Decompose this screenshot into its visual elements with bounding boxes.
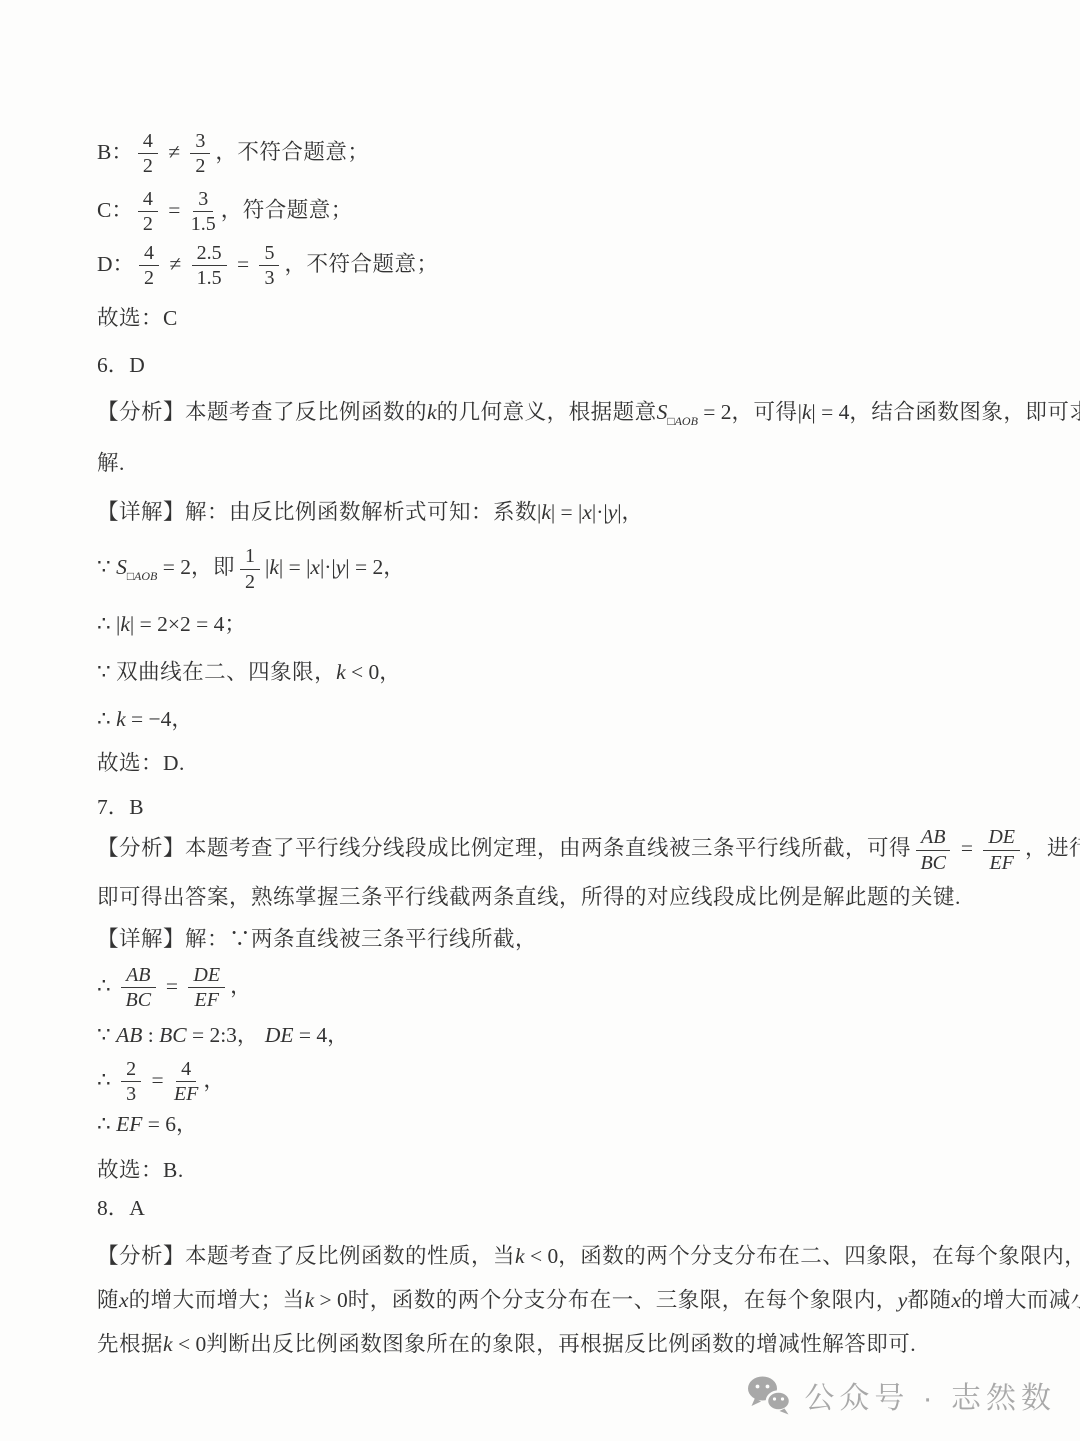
- text-run: ∴: [97, 974, 116, 998]
- text-run: 8．A: [97, 1196, 145, 1220]
- math-run: BC: [159, 1023, 186, 1047]
- text-run: 随: [97, 1288, 119, 1312]
- q7-answer: 7．B: [97, 794, 1027, 820]
- fraction: 31.5: [191, 188, 216, 236]
- fraction: 4EF: [174, 1058, 198, 1106]
- text-run: < 0: [525, 1244, 559, 1268]
- text-run: :: [142, 1023, 159, 1047]
- fraction: 42: [139, 242, 159, 290]
- text-run: |·|: [592, 500, 608, 524]
- text-run: ，: [203, 1068, 225, 1092]
- text-run: ，: [176, 1112, 198, 1136]
- math-run: k: [163, 1332, 173, 1356]
- text-run: | = 2: [345, 555, 383, 579]
- text-run: 解.: [97, 451, 125, 475]
- q6-solution-line1: 【详解】解：由反比例函数解析式可知：系数|k| = |x|·|y|，: [97, 499, 1027, 525]
- fraction: DEEF: [188, 964, 225, 1012]
- text-run: ，: [230, 974, 252, 998]
- q6-solution-line2: ∵ S□AOB = 2，即12|k| = |x|·|y| = 2，: [97, 545, 1027, 593]
- text-run: ∴ |: [97, 612, 120, 636]
- watermark-text: 公众号 · 志然数: [804, 1373, 1056, 1417]
- text-run: 【分析】本题考查了反比例函数的性质，当: [97, 1244, 515, 1268]
- text-run: ∵: [97, 1023, 116, 1047]
- math-run: y: [608, 500, 618, 524]
- math-run: x: [582, 500, 592, 524]
- text-run: > 0: [314, 1288, 348, 1312]
- q8-analysis-line3: 先根据k < 0判断出反比例函数图象所在的象限，再根据反比例函数的增减性解答即可…: [97, 1331, 1027, 1357]
- q7-solution-line4: ∴ 23 = 4EF，: [97, 1058, 1027, 1106]
- text-run: 判断出反比例函数图象所在的象限，再根据反比例函数的增减性解答即可.: [206, 1332, 916, 1356]
- document-page: B：42 ≠ 32，不符合题意； C：42 = 31.5，符合题意； D：42 …: [0, 0, 1080, 1441]
- math-run: AB: [116, 1023, 142, 1047]
- text-run: 7．B: [97, 795, 144, 819]
- fraction: DEEF: [983, 826, 1020, 874]
- fraction: 12: [240, 545, 260, 593]
- math-run: DE: [265, 1023, 294, 1047]
- text-run: ，不符合题意；: [284, 251, 438, 275]
- math-run: S: [116, 555, 127, 579]
- q7-solution-line3: ∵ AB : BC = 2:3， DE = 4，: [97, 1022, 1027, 1048]
- math-run: y: [336, 555, 346, 579]
- q8-analysis-line1: 【分析】本题考查了反比例函数的性质，当k < 0，函数的两个分支分布在二、四象限…: [97, 1243, 1027, 1269]
- text-run: 【详解】解：由反比例函数解析式可知：系数: [97, 500, 537, 524]
- text-run: ，进行计算: [1025, 836, 1080, 860]
- fraction: ABBC: [121, 964, 155, 1012]
- math-run: k: [802, 400, 812, 424]
- math-run: k: [120, 612, 130, 636]
- text-run: ，: [327, 1023, 349, 1047]
- text-run: 的增大而减小.: [961, 1288, 1080, 1312]
- subscript: □AOB: [667, 414, 698, 428]
- text-run: D：: [97, 251, 134, 275]
- q7-solution-line2: ∴ ABBC = DEEF，: [97, 964, 1027, 1012]
- text-run: ∴: [97, 1112, 116, 1136]
- text-run: ，: [379, 660, 401, 684]
- text-run: = 2: [698, 400, 732, 424]
- text-run: 故选：B.: [97, 1158, 184, 1182]
- text-run: 即可得出答案，熟练掌握三条平行线截两条直线，所得的对应线段成比例是解此题的关键.: [97, 885, 961, 909]
- math-run: k: [336, 660, 346, 684]
- text-run: =: [161, 974, 184, 998]
- math-run: S: [657, 400, 668, 424]
- text-run: 【分析】本题考查了反比例函数的: [97, 400, 427, 424]
- text-run: ，即: [191, 555, 235, 579]
- q7-analysis-line1: 【分析】本题考查了平行线分线段成比例定理，由两条直线被三条平行线所截，可得ABB…: [97, 826, 1027, 874]
- text-run: C：: [97, 198, 133, 222]
- text-run: ，不符合题意；: [215, 140, 369, 164]
- fraction: 23: [121, 1058, 141, 1106]
- q6-solution-line5: ∴ k = −4，: [97, 706, 1027, 732]
- text-run: ∴: [97, 1068, 116, 1092]
- q6-solution-line3: ∴ |k| = 2×2 = 4；: [97, 611, 1027, 637]
- text-run: =: [955, 836, 978, 860]
- fraction: 2.51.5: [192, 242, 227, 290]
- text-run: | = |: [279, 555, 310, 579]
- solutions-text-block: B：42 ≠ 32，不符合题意； C：42 = 31.5，符合题意； D：42 …: [97, 130, 1027, 1357]
- math-run: k: [305, 1288, 315, 1312]
- fraction: 32: [190, 130, 210, 178]
- text-run: ∴: [97, 707, 116, 731]
- text-run: | = 2×2 = 4: [130, 612, 224, 636]
- math-run: y: [898, 1288, 908, 1312]
- text-run: 6．D: [97, 353, 145, 377]
- fraction: ABBC: [916, 826, 950, 874]
- option-c-check: C：42 = 31.5，符合题意；: [97, 188, 1027, 236]
- q7-analysis-line2: 即可得出答案，熟练掌握三条平行线截两条直线，所得的对应线段成比例是解此题的关键.: [97, 884, 1027, 910]
- text-run: =: [232, 251, 255, 275]
- text-run: |·|: [320, 555, 336, 579]
- math-run: k: [427, 400, 437, 424]
- text-run: 时，函数的两个分支分布在一、三象限，在每个象限内，: [348, 1288, 898, 1312]
- text-run: 【分析】本题考查了平行线分线段成比例定理，由两条直线被三条平行线所截，可得: [97, 836, 911, 860]
- math-run: k: [116, 707, 126, 731]
- text-run: ∵: [97, 555, 116, 579]
- text-run: = 2: [157, 555, 191, 579]
- text-run: = 6: [142, 1112, 176, 1136]
- text-run: < 0: [173, 1332, 207, 1356]
- text-run: 故选：C: [97, 306, 178, 330]
- q7-final-answer: 故选：B.: [97, 1157, 1027, 1183]
- option-d-check: D：42 ≠ 2.51.5 = 53，不符合题意；: [97, 242, 1027, 290]
- math-run: x: [119, 1288, 129, 1312]
- math-run: k: [541, 500, 551, 524]
- text-run: 双曲线在二、四象限，: [116, 660, 336, 684]
- text-run: 故选：D.: [97, 751, 185, 775]
- text-run: ，: [383, 555, 405, 579]
- text-run: ≠: [163, 140, 186, 164]
- text-run: = −4: [126, 707, 172, 731]
- q6-analysis-line2: 解.: [97, 450, 1027, 476]
- text-run: B：: [97, 140, 133, 164]
- text-run: 【详解】解：∵两条直线被三条平行线所截，: [97, 927, 537, 951]
- q7-solution-line5: ∴ EF = 6，: [97, 1111, 1027, 1137]
- text-run: ，: [237, 1023, 265, 1047]
- fraction: 42: [138, 188, 158, 236]
- text-run: = 4: [293, 1023, 327, 1047]
- q7-solution-line1: 【详解】解：∵两条直线被三条平行线所截，: [97, 926, 1027, 952]
- q5-final-answer: 故选：C: [97, 305, 1027, 331]
- text-run: 都随: [907, 1288, 951, 1312]
- subscript: □AOB: [127, 569, 158, 583]
- text-run: ，函数的两个分支分布在二、四象限，在每个象限内，: [558, 1244, 1080, 1268]
- text-run: ，结合函数图象，即可求: [849, 400, 1080, 424]
- text-run: | = |: [551, 500, 582, 524]
- q6-answer: 6．D: [97, 352, 1027, 378]
- math-run: k: [515, 1244, 525, 1268]
- text-run: ，可得: [732, 400, 798, 424]
- text-run: ，符合题意；: [221, 198, 353, 222]
- q8-analysis-line2: 随x的增大而增大；当k > 0时，函数的两个分支分布在一、三象限，在每个象限内，…: [97, 1287, 1027, 1313]
- text-run: 的增大而增大；当: [129, 1288, 305, 1312]
- text-run: =: [146, 1068, 169, 1092]
- math-run: x: [310, 555, 320, 579]
- fraction: 42: [138, 130, 158, 178]
- publisher-watermark: 公众号 · 志然数: [746, 1373, 1056, 1417]
- text-run: ∵: [97, 660, 116, 684]
- wechat-icon: [746, 1375, 792, 1415]
- text-run: ，: [171, 707, 193, 731]
- text-run: ；: [224, 612, 246, 636]
- text-run: = 2:3: [187, 1023, 237, 1047]
- text-run: ，: [622, 500, 644, 524]
- text-run: | = 4: [811, 400, 849, 424]
- math-run: k: [269, 555, 279, 579]
- q6-analysis-line1: 【分析】本题考查了反比例函数的k的几何意义，根据题意S□AOB = 2，可得|k…: [97, 399, 1027, 427]
- text-run: ≠: [164, 251, 187, 275]
- q6-final-answer: 故选：D.: [97, 750, 1027, 776]
- text-run: =: [163, 198, 186, 222]
- q8-answer: 8．A: [97, 1195, 1027, 1221]
- text-run: < 0: [346, 660, 380, 684]
- option-b-check: B：42 ≠ 32，不符合题意；: [97, 130, 1027, 178]
- fraction: 53: [259, 242, 279, 290]
- text-run: 先根据: [97, 1332, 163, 1356]
- math-run: EF: [116, 1112, 142, 1136]
- q6-solution-line4: ∵ 双曲线在二、四象限，k < 0，: [97, 659, 1027, 685]
- text-run: 的几何意义，根据题意: [437, 400, 657, 424]
- math-run: x: [951, 1288, 961, 1312]
